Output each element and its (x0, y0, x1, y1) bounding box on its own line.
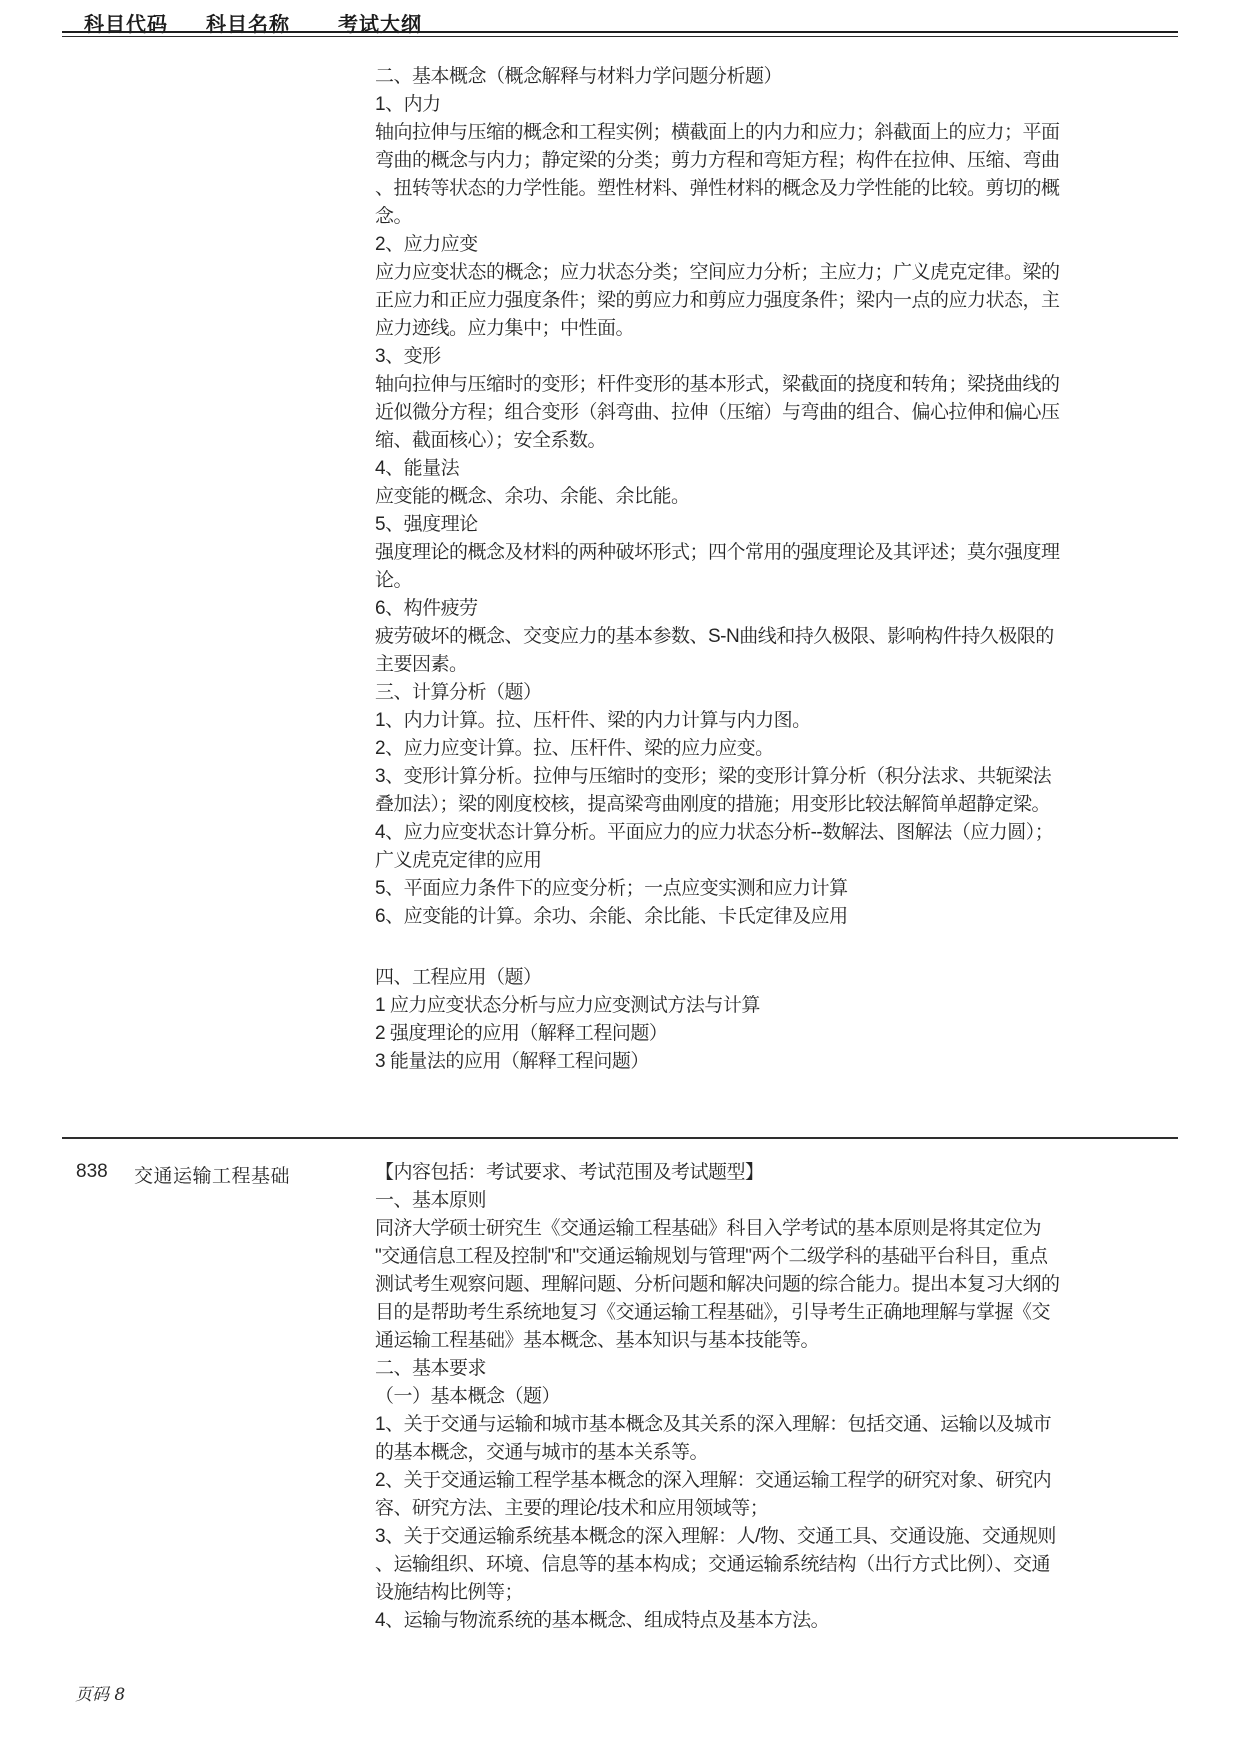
text-line: 念。 (375, 203, 1090, 231)
text-line: 1、关于交通与运输和城市基本概念及其关系的深入理解：包括交通、运输以及城市 (375, 1411, 1090, 1439)
text-line: 、运输组织、环境、信息等的基本构成；交通运输系统结构（出行方式比例）、交通 (375, 1551, 1090, 1579)
text-line: 2、应力应变 (375, 231, 1090, 259)
text-line: 的基本概念，交通与城市的基本关系等。 (375, 1439, 1090, 1467)
text-line: 主要因素。 (375, 651, 1090, 679)
footer-page-number: 页码 8 (75, 1680, 125, 1705)
text-line: 二、基本要求 (375, 1355, 1090, 1383)
document-page: 科目代码 科目名称 考试大纲 二、基本概念（概念解释与材料力学问题分析题）1、内… (0, 0, 1240, 1754)
text-line: 疲劳破坏的概念、交变应力的基本参数、S-N曲线和持久极限、影响构件持久极限的 (375, 623, 1090, 651)
text-line: 2、关于交通运输工程学基本概念的深入理解：交通运输工程学的研究对象、研究内 (375, 1467, 1090, 1495)
text-line: 三、计算分析（题） (375, 679, 1090, 707)
mechanics-sections-2-3-text: 二、基本概念（概念解释与材料力学问题分析题）1、内力轴向拉伸与压缩的概念和工程实… (375, 63, 1090, 931)
text-line: 测试考生观察问题、理解问题、分析问题和解决问题的综合能力。提出本复习大纲的 (375, 1271, 1090, 1299)
text-line: 4、运输与物流系统的基本概念、组成特点及基本方法。 (375, 1607, 1090, 1635)
text-line: 2 强度理论的应用（解释工程问题） (375, 1020, 1090, 1048)
text-line: 3 能量法的应用（解释工程问题） (375, 1048, 1090, 1076)
text-line: 应力迹线。应力集中；中性面。 (375, 315, 1090, 343)
text-line: 容、研究方法、主要的理论/技术和应用领域等； (375, 1495, 1090, 1523)
text-line: （一）基本概念（题） (375, 1383, 1090, 1411)
text-line: 应变能的概念、余功、余能、余比能。 (375, 483, 1090, 511)
text-line: 、扭转等状态的力学性能。塑性材料、弹性材料的概念及力学性能的比较。剪切的概 (375, 175, 1090, 203)
text-line: 轴向拉伸与压缩的概念和工程实例；横截面上的内力和应力；斜截面上的应力；平面 (375, 119, 1090, 147)
text-line: 设施结构比例等； (375, 1579, 1090, 1607)
text-line: 6、应变能的计算。余功、余能、余比能、卡氏定律及应用 (375, 903, 1090, 931)
text-line: 正应力和正应力强度条件；梁的剪应力和剪应力强度条件；梁内一点的应力状态，主 (375, 287, 1090, 315)
text-line: 5、强度理论 (375, 511, 1090, 539)
text-line: 5、平面应力条件下的应变分析；一点应变实测和应力计算 (375, 875, 1090, 903)
text-line: 弯曲的概念与内力；静定梁的分类；剪力方程和弯矩方程；构件在拉伸、压缩、弯曲 (375, 147, 1090, 175)
text-line: 近似微分方程；组合变形（斜弯曲、拉伸（压缩）与弯曲的组合、偏心拉伸和偏心压 (375, 399, 1090, 427)
subject-838-outline-text: 【内容包括：考试要求、考试范围及考试题型】一、基本原则同济大学硕士研究生《交通运… (375, 1159, 1090, 1635)
text-line: "交通信息工程及控制"和"交通运输规划与管理"两个二级学科的基础平台科目，重点 (375, 1243, 1090, 1271)
text-line: 目的是帮助考生系统地复习《交通运输工程基础》，引导考生正确地理解与掌握《交 (375, 1299, 1090, 1327)
text-line: 通运输工程基础》基本概念、基本知识与基本技能等。 (375, 1327, 1090, 1355)
text-line: 3、关于交通运输系统基本概念的深入理解：人/物、交通工具、交通设施、交通规则 (375, 1523, 1090, 1551)
subject-code-838: 838 (76, 1161, 108, 1183)
text-line: 1、内力 (375, 91, 1090, 119)
text-line: 【内容包括：考试要求、考试范围及考试题型】 (375, 1159, 1090, 1187)
text-line: 1 应力应变状态分析与应力应变测试方法与计算 (375, 992, 1090, 1020)
text-line: 缩、截面核心）；安全系数。 (375, 427, 1090, 455)
text-line: 应力应变状态的概念；应力状态分类；空间应力分析；主应力；广义虎克定律。梁的 (375, 259, 1090, 287)
header-divider-rule (62, 31, 1178, 37)
text-line: 轴向拉伸与压缩时的变形；杆件变形的基本形式，梁截面的挠度和转角；梁挠曲线的 (375, 371, 1090, 399)
text-line: 强度理论的概念及材料的两种破坏形式；四个常用的强度理论及其评述；莫尔强度理 (375, 539, 1090, 567)
text-line: 3、变形 (375, 343, 1090, 371)
subject-name-838: 交通运输工程基础 (134, 1161, 290, 1188)
text-line: 二、基本概念（概念解释与材料力学问题分析题） (375, 63, 1090, 91)
text-line: 一、基本原则 (375, 1187, 1090, 1215)
text-line: 1、内力计算。拉、压杆件、梁的内力计算与内力图。 (375, 707, 1090, 735)
text-line: 2、应力应变计算。拉、压杆件、梁的应力应变。 (375, 735, 1090, 763)
text-line: 广义虎克定律的应用 (375, 847, 1090, 875)
text-line: 四、工程应用（题） (375, 964, 1090, 992)
mechanics-section-4-text: 四、工程应用（题）1 应力应变状态分析与应力应变测试方法与计算2 强度理论的应用… (375, 964, 1090, 1076)
text-line: 4、应力应变状态计算分析。平面应力的应力状态分析--数解法、图解法（应力圆）； (375, 819, 1090, 847)
text-line: 叠加法）；梁的刚度校核，提高梁弯曲刚度的措施；用变形比较法解简单超静定梁。 (375, 791, 1090, 819)
text-line: 论。 (375, 567, 1090, 595)
text-line: 3、变形计算分析。拉伸与压缩时的变形；梁的变形计算分析（积分法求、共轭梁法 (375, 763, 1090, 791)
text-line: 同济大学硕士研究生《交通运输工程基础》科目入学考试的基本原则是将其定位为 (375, 1215, 1090, 1243)
text-line: 4、能量法 (375, 455, 1090, 483)
row-divider-rule (62, 1137, 1178, 1139)
text-line: 6、构件疲劳 (375, 595, 1090, 623)
